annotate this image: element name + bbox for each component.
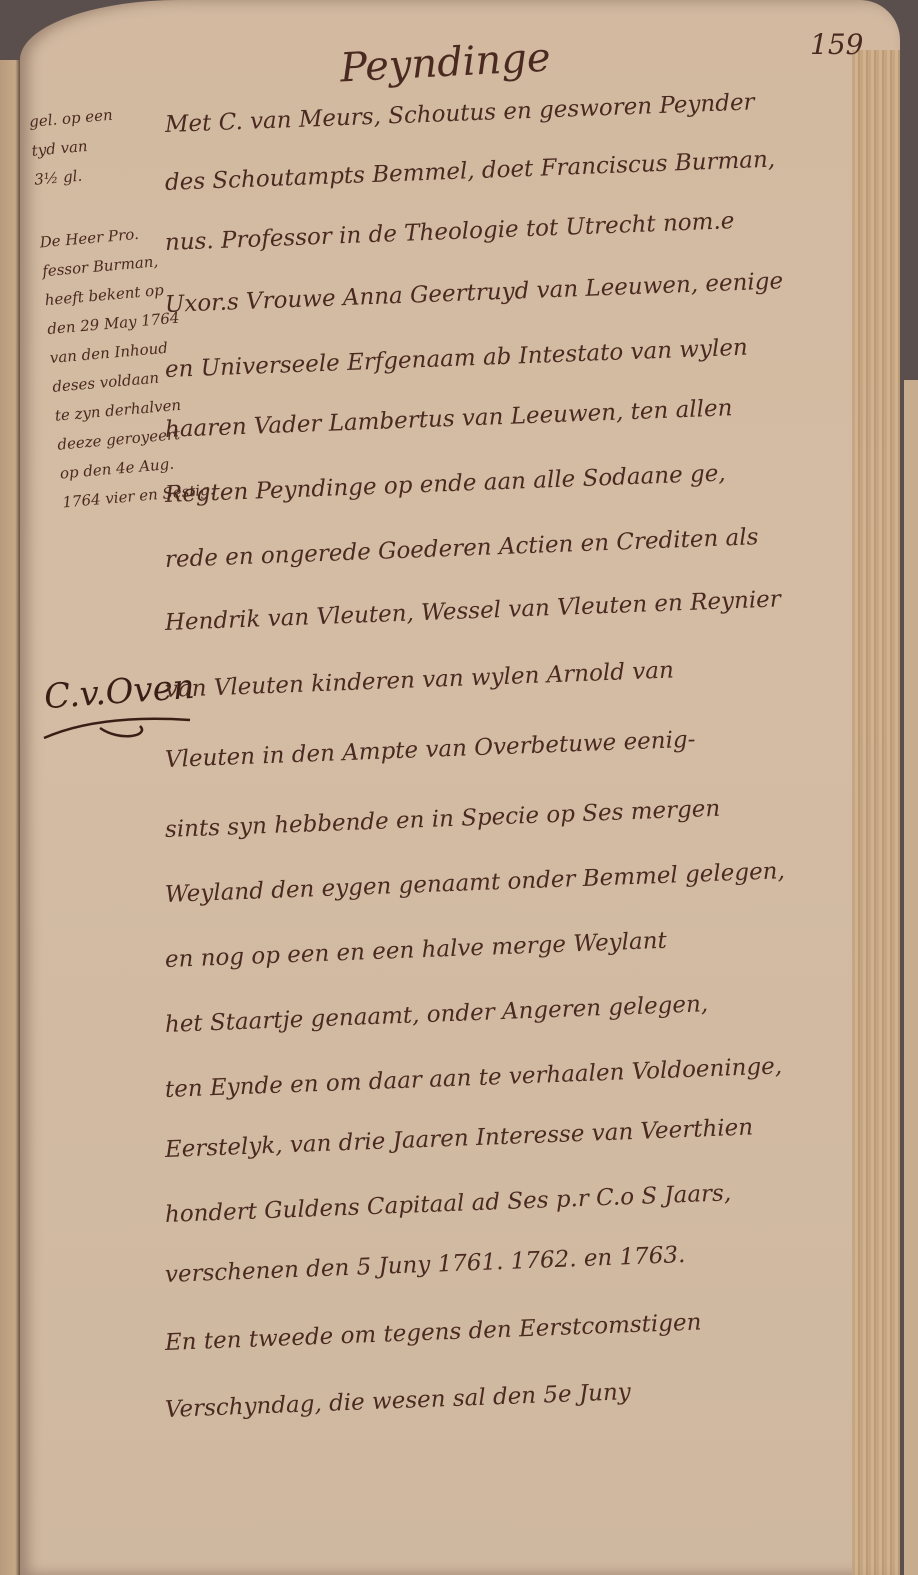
page-number: 159	[810, 28, 863, 61]
next-page-edge	[904, 380, 918, 1575]
signature-flourish-icon	[40, 712, 200, 744]
page-fore-edge	[852, 50, 900, 1575]
left-page-edge	[0, 60, 22, 1575]
